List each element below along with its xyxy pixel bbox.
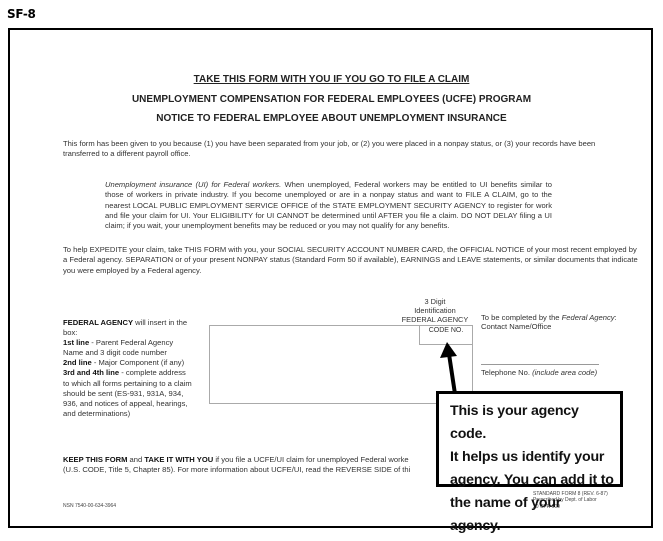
ui-paragraph-lead: Unemployment insurance (UI) for Federal … [105, 180, 281, 189]
agency-instructions-lead: FEDERAL AGENCY [63, 318, 133, 327]
callout-line-3: agency. You can add it to [450, 469, 615, 492]
contact-intro: To be completed by the [481, 313, 562, 322]
take-it-bold: TAKE IT WITH YOU [144, 455, 213, 464]
heading-take-form: TAKE THIS FORM WITH YOU IF YOU GO TO FIL… [0, 74, 663, 85]
contact-name-field[interactable] [481, 364, 599, 365]
ui-paragraph: Unemployment insurance (UI) for Federal … [105, 180, 552, 231]
line1-label: 1st line [63, 338, 89, 347]
arrow-up-icon [430, 340, 470, 396]
callout-line-2: It helps us identify your [450, 446, 615, 469]
expedite-paragraph: To help EXPEDITE your claim, take THIS F… [63, 245, 643, 276]
code-no-label: CODE NO. [429, 327, 464, 334]
contact-intro-end: : [615, 313, 617, 322]
intro-paragraph: This form has been given to you because … [63, 139, 603, 160]
heading-ucfe-program: UNEMPLOYMENT COMPENSATION FOR FEDERAL EM… [0, 94, 663, 105]
line34-label: 3rd and 4th line [63, 368, 119, 377]
keep-form-rest: if you file a UCFE/UI claim for unemploy… [213, 455, 408, 464]
keep-form-line2: (U.S. CODE, Title 5, Chapter 85). For mo… [63, 465, 443, 475]
nsn-number: NSN 7540-00-634-3964 [63, 503, 116, 509]
line2-label: 2nd line [63, 358, 92, 367]
callout-line-1: This is your agency code. [450, 400, 615, 446]
agency-instructions: FEDERAL AGENCY will insert in the box: 1… [63, 318, 193, 419]
telephone-hint: (include area code) [532, 368, 597, 377]
keep-form-and: and [127, 455, 144, 464]
telephone-label: Telephone No. (include area code) [481, 368, 597, 377]
heading-notice: NOTICE TO FEDERAL EMPLOYEE ABOUT UNEMPLO… [0, 113, 663, 124]
agency-code-callout: This is your agency code. It helps us id… [436, 391, 623, 487]
code-header-line-3: FEDERAL AGENCY [395, 315, 475, 324]
telephone-label-text: Telephone No. [481, 368, 532, 377]
contact-intro-agency: Federal Agency [562, 313, 615, 322]
code-header-line-1: 3 Digit [395, 297, 475, 306]
contact-section: To be completed by the Federal Agency: C… [481, 313, 621, 331]
callout-line-4: the name of your agency. [450, 492, 615, 538]
code-header-line-2: Identification [395, 306, 475, 315]
code-header: 3 Digit Identification FEDERAL AGENCY [395, 297, 475, 324]
keep-form-paragraph: KEEP THIS FORM and TAKE IT WITH YOU if y… [63, 455, 443, 476]
line2-text: - Major Component (if any) [92, 358, 184, 367]
keep-form-bold: KEEP THIS FORM [63, 455, 127, 464]
contact-name-label: Contact Name/Office [481, 322, 621, 331]
page-label: SF-8 [7, 7, 36, 21]
